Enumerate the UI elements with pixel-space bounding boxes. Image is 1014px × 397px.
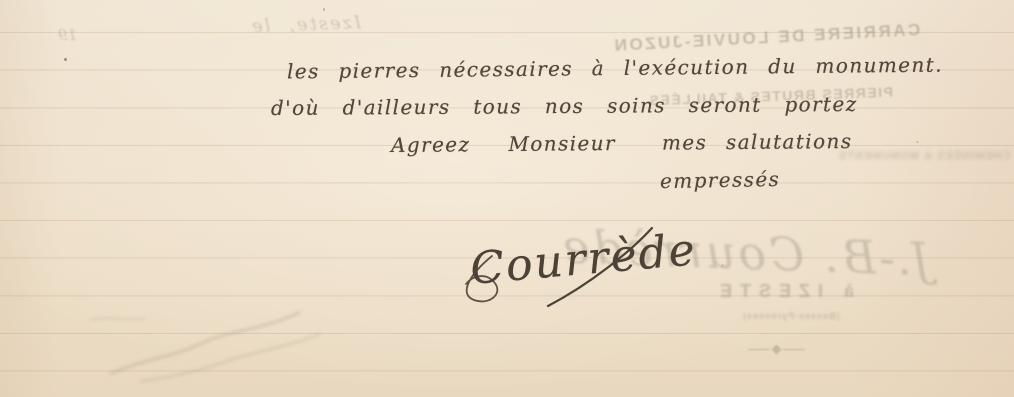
ghost-handwriting-strokes [50, 300, 370, 390]
paper-speck [721, 264, 724, 267]
ghost-year: 19 [58, 26, 77, 44]
ghost-ornament-icon [748, 339, 805, 358]
paper-speck [64, 58, 67, 61]
ghost-date-line: Izeste, le [250, 12, 362, 37]
ghost-letterhead-line3: CHEMINÉES & MONUMENTS [838, 150, 1011, 162]
letter-line-3-word-monsieur: Monsieur [508, 131, 616, 156]
ghost-location-detail: (Basses-Pyrénées) [742, 311, 840, 321]
letter-line-3-word-agreez: Agreez [391, 132, 471, 157]
letter-line-3: Agreez Monsieur mes salutations [391, 129, 853, 157]
paper-speck [323, 8, 325, 11]
letter-line-2: d'où d'ailleurs tous nos soins seront po… [271, 92, 858, 120]
letter-line-4: empressés [660, 167, 781, 193]
letter-page: 19 Izeste, le CARRIERE DE LOUVIE-JUZON P… [0, 0, 1014, 397]
paper-speck [916, 141, 919, 143]
ghost-location: à IZESTE [712, 281, 854, 302]
letter-line-3-rest: mes salutations [662, 129, 853, 155]
